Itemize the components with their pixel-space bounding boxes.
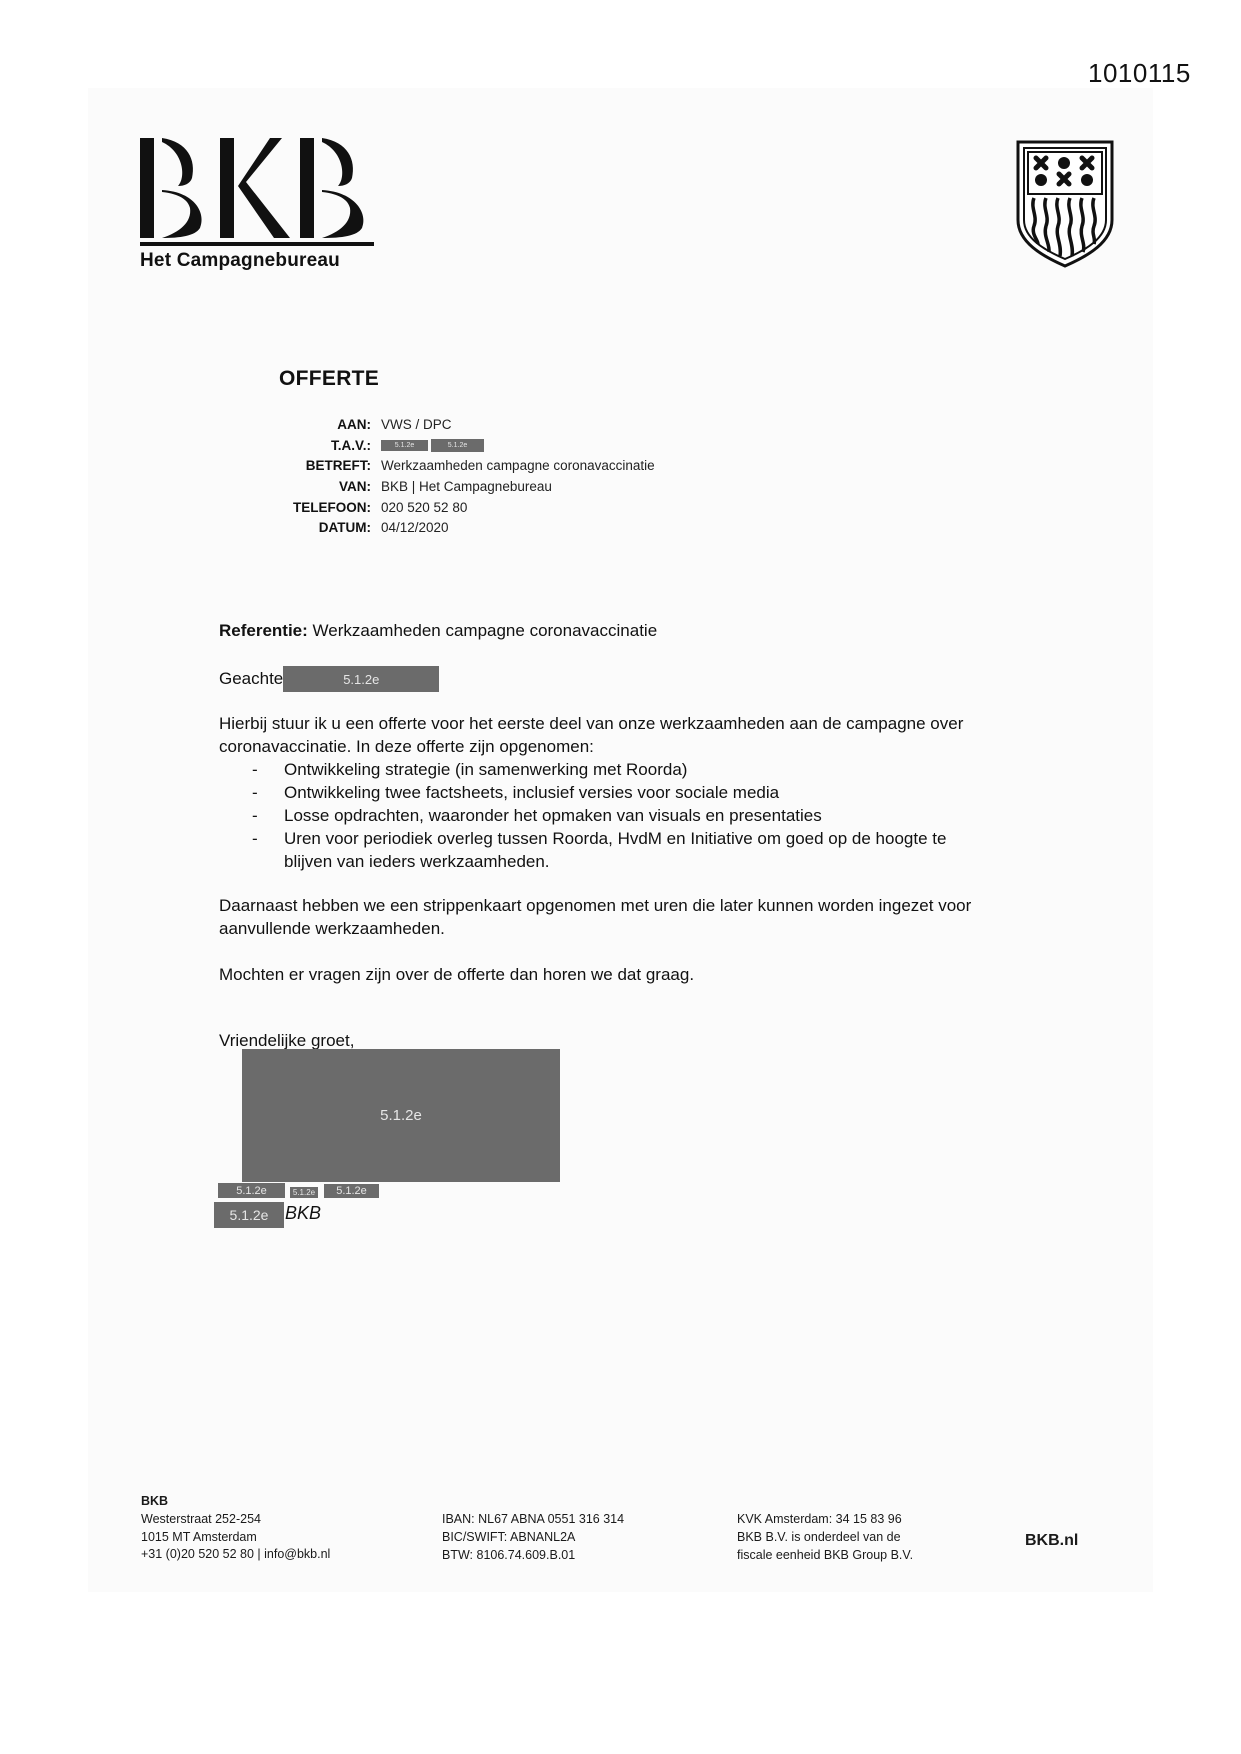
footer-bank: IBAN: NL67 ABNA 0551 316 314 BIC/SWIFT: … — [442, 1511, 624, 1564]
meta-block: AAN: VWS / DPC T.A.V.: 5.1.2e 5.1.2e BET… — [260, 414, 655, 538]
footer-bic: BIC/SWIFT: ABNANL2A — [442, 1529, 624, 1547]
meta-row-telefoon: TELEFOON: 020 520 52 80 — [260, 497, 655, 518]
footer-website: BKB.nl — [1025, 1532, 1078, 1550]
footer-btw: BTW: 8106.74.609.B.01 — [442, 1547, 624, 1565]
intro-text: Hierbij stuur ik u een offerte voor het … — [219, 712, 1019, 758]
reference-line: Referentie: Werkzaamheden campagne coron… — [219, 621, 657, 641]
logo-rule — [140, 242, 374, 246]
meta-value: VWS / DPC — [381, 417, 452, 432]
meta-row-datum: DATUM: 04/12/2020 — [260, 517, 655, 538]
salutation: Geachte 5.1.2e — [219, 666, 439, 692]
redaction-box: 5.1.2e — [283, 666, 439, 692]
list-item: Losse opdrachten, waaronder het opmaken … — [219, 804, 1019, 827]
scope-list: Ontwikkeling strategie (in samenwerking … — [219, 758, 1019, 873]
signer-name-redaction: 5.1.2e — [214, 1202, 284, 1228]
list-item: Ontwikkeling twee factsheets, inclusief … — [219, 781, 1019, 804]
meta-label: AAN: — [260, 417, 381, 432]
meta-value: Werkzaamheden campagne coronavaccinatie — [381, 458, 655, 473]
footer-group-1: BKB B.V. is onderdeel van de — [737, 1529, 913, 1547]
meta-label: T.A.V.: — [260, 438, 381, 453]
meta-label: TELEFOON: — [260, 500, 381, 515]
document-number: 1010115 — [1088, 58, 1191, 89]
bkb-logo-letters-icon — [140, 138, 374, 238]
bkb-logo: Het Campagnebureau — [140, 138, 374, 238]
reference-value: Werkzaamheden campagne coronavaccinatie — [308, 621, 657, 640]
footer-kvk: KVK Amsterdam: 34 15 83 96 — [737, 1511, 913, 1529]
list-item: Ontwikkeling strategie (in samenwerking … — [219, 758, 1019, 781]
signer-company: BKB — [285, 1203, 321, 1224]
list-item: Uren voor periodiek overleg tussen Roord… — [219, 827, 1019, 873]
salutation-text: Geachte — [219, 669, 283, 689]
logo-subtitle: Het Campagnebureau — [140, 250, 340, 272]
redaction-box: 5.1.2e — [218, 1183, 285, 1198]
footer-registry: KVK Amsterdam: 34 15 83 96 BKB B.V. is o… — [737, 1511, 913, 1564]
document-title: OFFERTE — [279, 367, 379, 391]
meta-row-aan: AAN: VWS / DPC — [260, 414, 655, 435]
footer-city: 1015 MT Amsterdam — [141, 1529, 330, 1547]
footer-iban: IBAN: NL67 ABNA 0551 316 314 — [442, 1511, 624, 1529]
paragraph-questions: Mochten er vragen zijn over de offerte d… — [219, 963, 1019, 986]
meta-row-betreft: BETREFT: Werkzaamheden campagne coronava… — [260, 455, 655, 476]
meta-row-tav: T.A.V.: 5.1.2e 5.1.2e — [260, 435, 655, 456]
footer-company: BKB — [141, 1493, 330, 1511]
meta-label: BETREFT: — [260, 458, 381, 473]
redaction-box: 5.1.2e — [431, 439, 484, 452]
intro-paragraph: Hierbij stuur ik u een offerte voor het … — [219, 712, 1019, 873]
meta-value: 04/12/2020 — [381, 520, 449, 535]
footer-group-2: fiscale eenheid BKB Group B.V. — [737, 1547, 913, 1565]
meta-value: 5.1.2e 5.1.2e — [381, 439, 484, 452]
amsterdam-crest-shield-icon — [1016, 140, 1114, 273]
closing: Vriendelijke groet, — [219, 1031, 354, 1051]
redaction-box: 5.1.2e — [324, 1184, 379, 1198]
reference-label: Referentie: — [219, 621, 308, 640]
redaction-box: 5.1.2e — [290, 1187, 318, 1198]
footer-street: Westerstraat 252-254 — [141, 1511, 330, 1529]
meta-row-van: VAN: BKB | Het Campagnebureau — [260, 476, 655, 497]
meta-label: VAN: — [260, 479, 381, 494]
signature-redaction: 5.1.2e — [242, 1049, 560, 1182]
meta-value: 020 520 52 80 — [381, 500, 467, 515]
paragraph-strippenkaart: Daarnaast hebben we een strippenkaart op… — [219, 894, 1009, 940]
meta-value: BKB | Het Campagnebureau — [381, 479, 552, 494]
meta-label: DATUM: — [260, 520, 381, 535]
redaction-box: 5.1.2e — [381, 440, 428, 451]
footer-address: BKB Westerstraat 252-254 1015 MT Amsterd… — [141, 1493, 330, 1564]
footer-contact: +31 (0)20 520 52 80 | info@bkb.nl — [141, 1546, 330, 1564]
